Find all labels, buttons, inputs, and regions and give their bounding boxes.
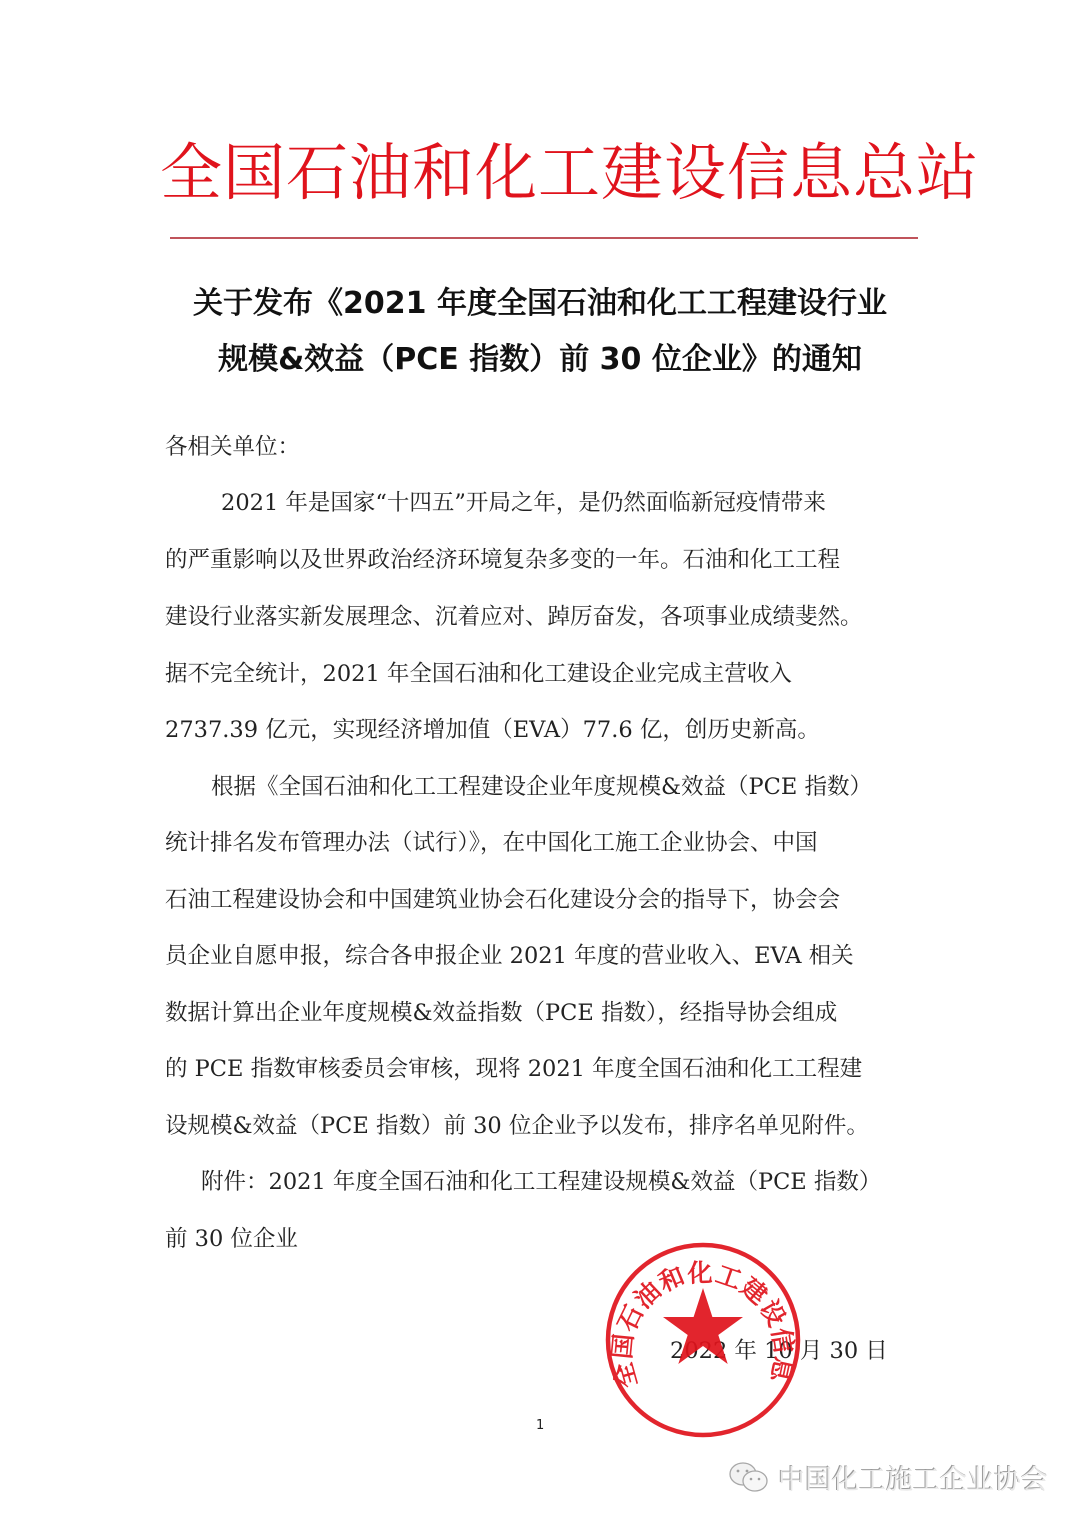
paragraph-1-line: 建设行业落实新发展理念、沉着应对、踔厉奋发，各项事业成绩斐然。 bbox=[165, 602, 863, 632]
notice-title-line-1: 关于发布《2021 年度全国石油和化工工程建设行业 bbox=[160, 282, 920, 326]
attachment-line: 前 30 位企业 bbox=[165, 1224, 298, 1254]
paragraph-2-line: 石油工程建设协会和中国建筑业协会石化建设分会的指导下，协会会 bbox=[165, 885, 840, 915]
notice-title-line-2: 规模&效益（PCE 指数）前 30 位企业》的通知 bbox=[160, 338, 920, 382]
salutation: 各相关单位： bbox=[165, 432, 300, 462]
source-watermark: 中国化工施工企业协会 bbox=[728, 1458, 1048, 1497]
document-page: 全国石油和化工建设信息总站 关于发布《2021 年度全国石油和化工工程建设行业 … bbox=[0, 0, 1080, 1527]
watermark-text: 中国化工施工企业协会 bbox=[778, 1458, 1048, 1497]
masthead-title: 全国石油和化工建设信息总站 bbox=[160, 128, 920, 218]
paragraph-2-line: 设规模&效益（PCE 指数）前 30 位企业予以发布，排序名单见附件。 bbox=[165, 1111, 869, 1141]
attachment-line: 附件：2021 年度全国石油和化工工程建设规模&效益（PCE 指数） bbox=[201, 1167, 881, 1197]
paragraph-2-line: 数据计算出企业年度规模&效益指数（PCE 指数），经指导协会组成 bbox=[165, 998, 837, 1028]
wechat-icon bbox=[728, 1460, 770, 1496]
official-seal: 全国石油和化工建设信息总站 bbox=[603, 1240, 803, 1440]
paragraph-1-line: 据不完全统计，2021 年全国石油和化工建设企业完成主营收入 bbox=[165, 659, 792, 689]
paragraph-2-line: 员企业自愿申报，综合各申报企业 2021 年度的营业收入、EVA 相关 bbox=[165, 941, 854, 971]
masthead-divider bbox=[170, 237, 918, 239]
star-icon bbox=[663, 1288, 743, 1364]
paragraph-2-line: 的 PCE 指数审核委员会审核，现将 2021 年度全国石油和化工工程建 bbox=[165, 1054, 862, 1084]
page-number: 1 bbox=[536, 1418, 544, 1433]
paragraph-2-line: 根据《全国石油和化工工程建设企业年度规模&效益（PCE 指数） bbox=[211, 772, 872, 802]
paragraph-1-line: 2021 年是国家“十四五”开局之年，是仍然面临新冠疫情带来 bbox=[221, 488, 826, 518]
paragraph-2-line: 统计排名发布管理办法（试行）》，在中国化工施工企业协会、中国 bbox=[165, 828, 818, 858]
paragraph-1-line: 2737.39 亿元，实现经济增加值（EVA）77.6 亿，创历史新高。 bbox=[165, 715, 820, 745]
paragraph-1-line: 的严重影响以及世界政治经济环境复杂多变的一年。石油和化工工程 bbox=[165, 545, 840, 575]
